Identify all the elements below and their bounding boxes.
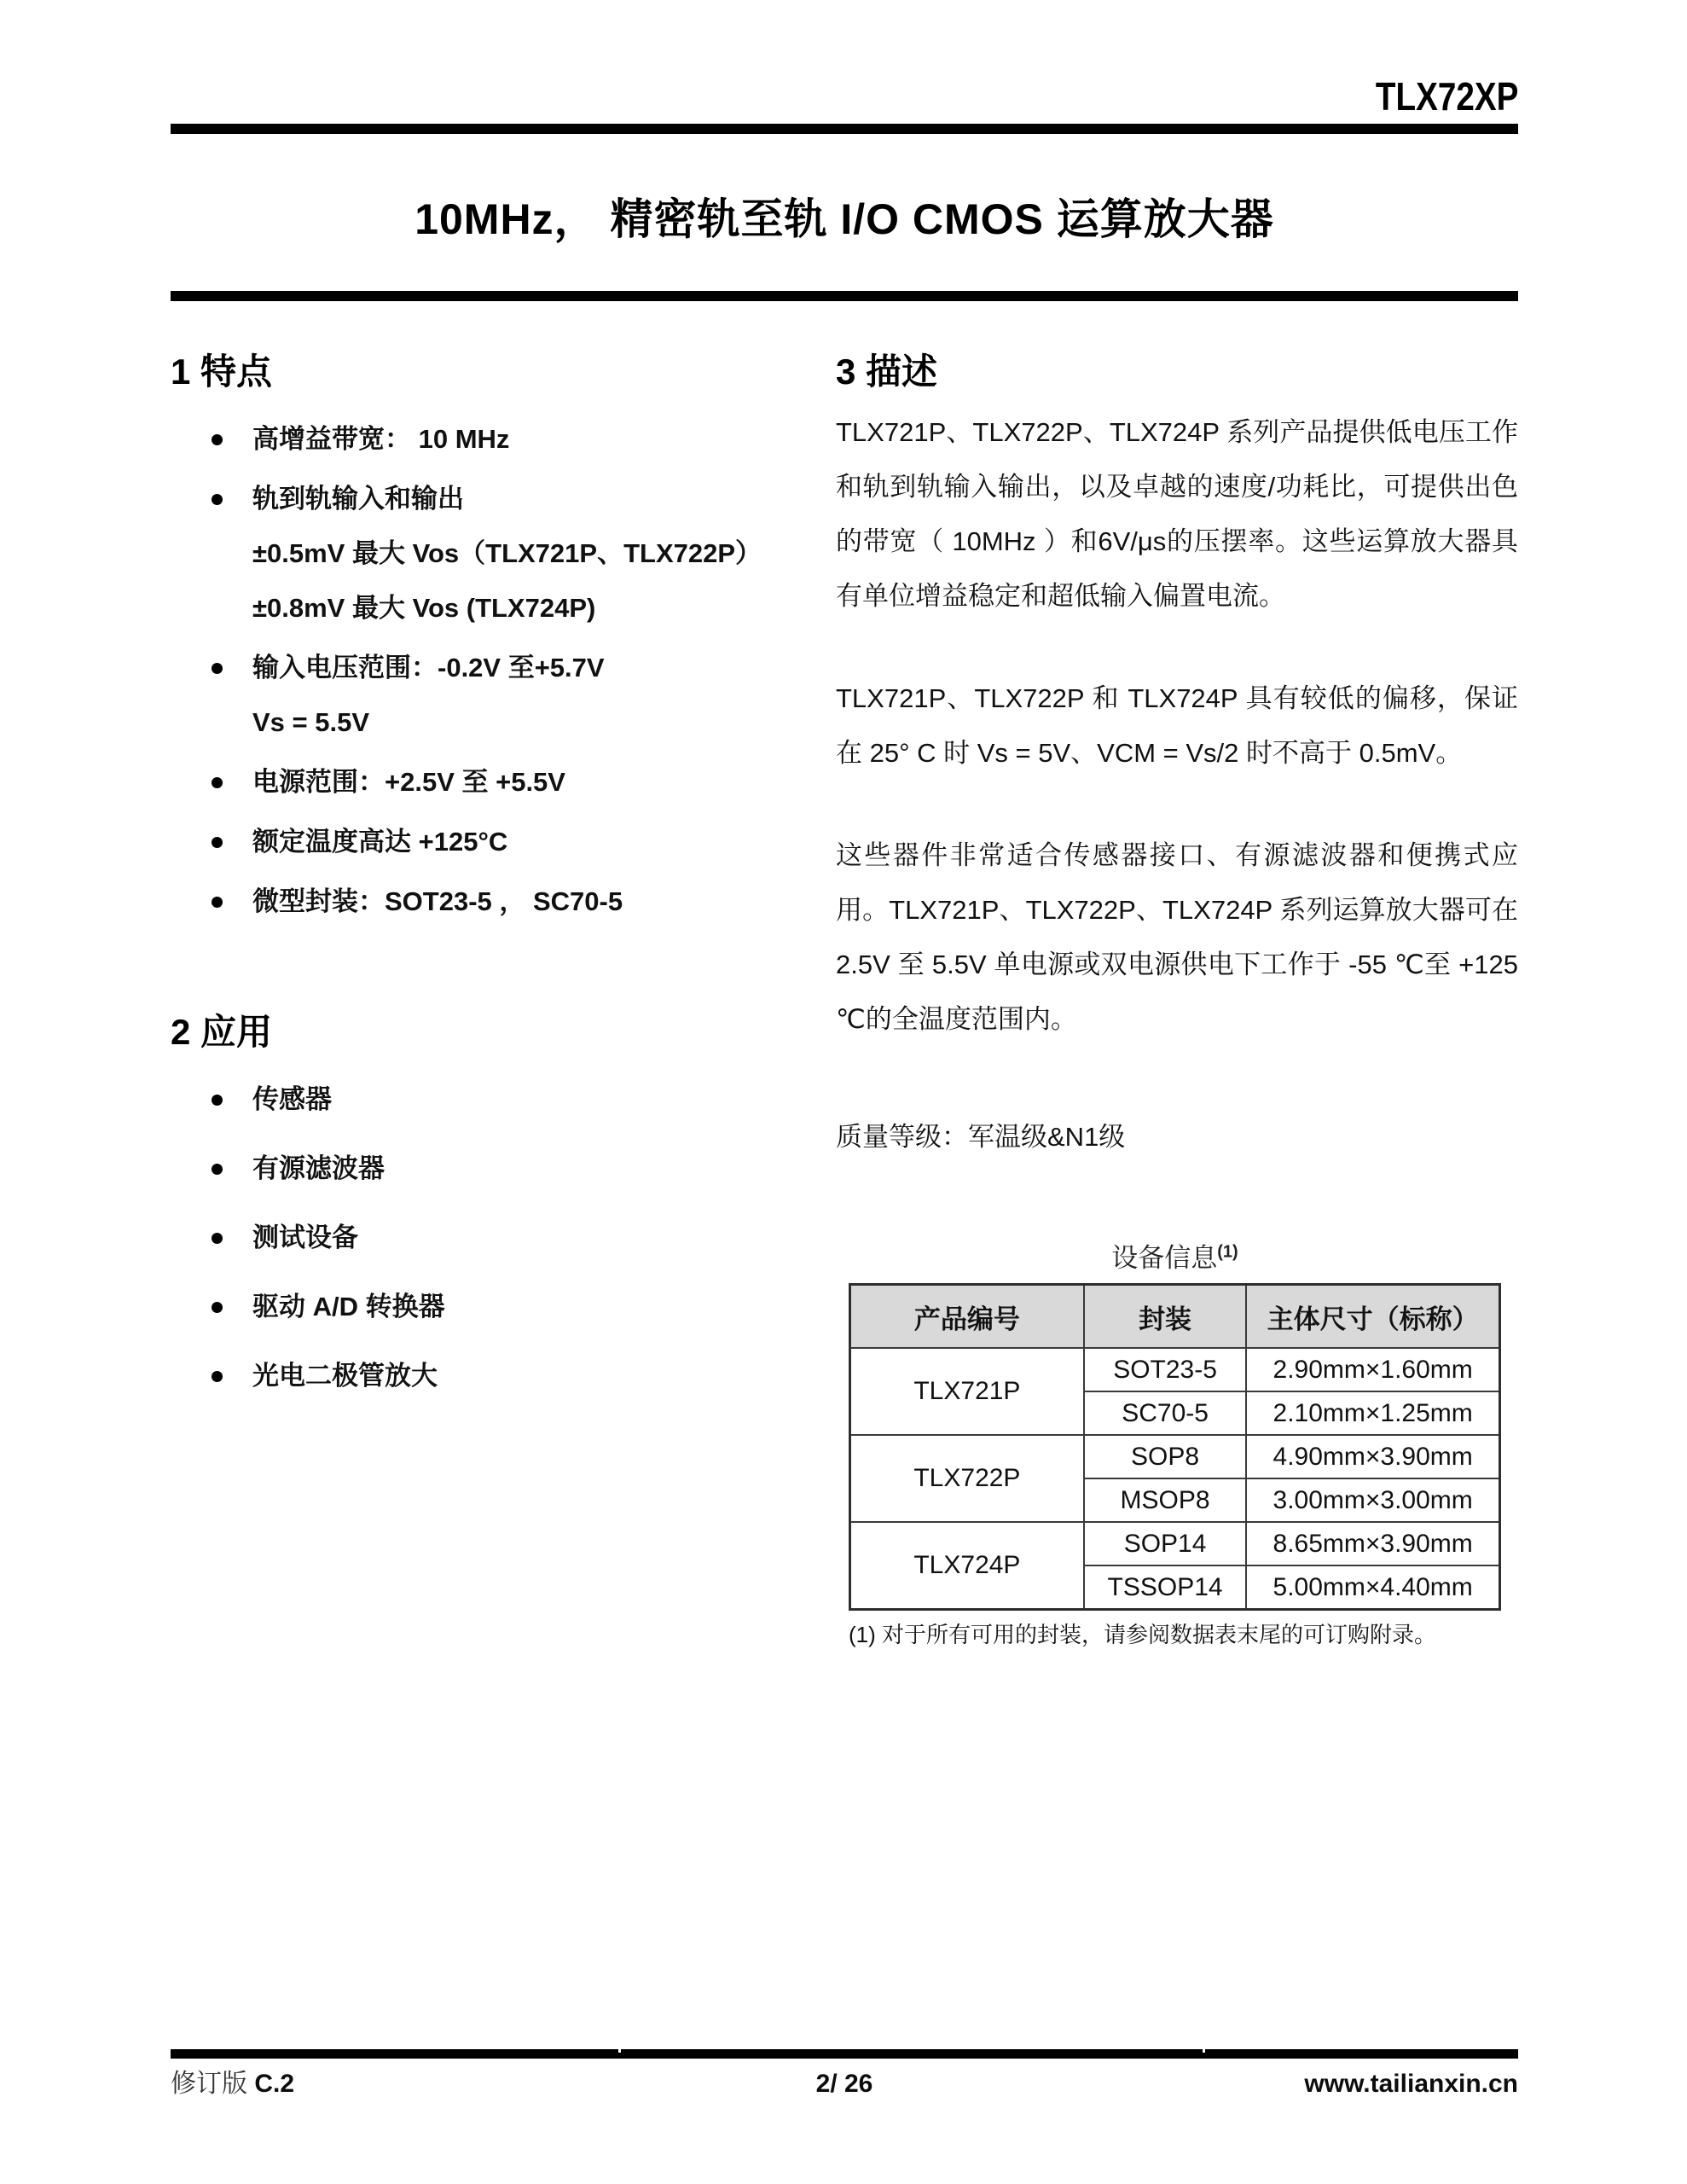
footer-revision: 修订版 C.2 bbox=[171, 2062, 620, 2100]
bullet-icon bbox=[212, 777, 223, 788]
document-footer: 修订版 C.2 2/ 26 www.tailianxin.cn bbox=[171, 2049, 1518, 2100]
table-row: TLX724P SOP14 8.65mm×3.90mm bbox=[850, 1522, 1500, 1565]
application-item: 传感器 bbox=[171, 1072, 819, 1127]
package-cell: TSSOP14 bbox=[1084, 1565, 1247, 1610]
feature-line: ±0.5mV 最大 Vos（TLX721P、TLX722P） bbox=[252, 526, 819, 581]
table-row: TLX722P SOP8 4.90mm×3.90mm bbox=[850, 1435, 1500, 1478]
feature-item: 输入电压范围：-0.2V 至+5.7V Vs = 5.5V bbox=[171, 641, 819, 750]
feature-line: 轨到轨输入和输出 bbox=[252, 472, 819, 526]
feature-item: 额定温度高达 +125°C bbox=[171, 815, 819, 869]
applications-list: 传感器 有源滤波器 测试设备 驱动 A/D 转换器 bbox=[171, 1072, 819, 1403]
table-header-row: 产品编号 封装 主体尺寸（标称） bbox=[850, 1285, 1500, 1349]
application-item: 测试设备 bbox=[171, 1211, 819, 1265]
package-cell: SOP14 bbox=[1084, 1522, 1247, 1565]
bullet-icon bbox=[212, 837, 223, 848]
application-item: 有源滤波器 bbox=[171, 1141, 819, 1196]
size-cell: 2.10mm×1.25mm bbox=[1246, 1391, 1499, 1435]
feature-line: 输入电压范围：-0.2V 至+5.7V bbox=[252, 641, 819, 695]
applications-heading: 2 应用 bbox=[171, 1004, 819, 1055]
feature-line: ±0.8mV 最大 Vos (TLX724P) bbox=[252, 581, 819, 636]
size-cell: 3.00mm×3.00mm bbox=[1246, 1478, 1499, 1522]
feature-line: 微型封装：SOT23-5 ， SC70-5 bbox=[252, 874, 819, 929]
description-paragraph: TLX721P、TLX722P 和 TLX724P 具有较低的偏移，保证在 25… bbox=[836, 671, 1518, 781]
footer-website: www.tailianxin.cn bbox=[1069, 2070, 1518, 2099]
bullet-icon bbox=[212, 897, 223, 908]
package-cell: SC70-5 bbox=[1084, 1391, 1247, 1435]
bullet-icon bbox=[212, 1233, 223, 1244]
bullet-icon bbox=[212, 663, 223, 674]
device-info-section: 设备信息(1) 产品编号 封装 主体尺寸（标称） bbox=[836, 1236, 1518, 1649]
left-column: 1 特点 高增益带宽： 10 MHz 轨到轨输入和输出 ±0.5mV 最大 Vo… bbox=[171, 301, 819, 1418]
application-label: 有源滤波器 bbox=[252, 1141, 819, 1196]
right-column: 3 描述 TLX721P、TLX722P、TLX724P 系列产品提供低电压工作… bbox=[836, 301, 1518, 1649]
bullet-icon bbox=[212, 1164, 223, 1175]
package-cell: SOT23-5 bbox=[1084, 1348, 1247, 1391]
bullet-icon bbox=[212, 434, 223, 445]
feature-line: 额定温度高达 +125°C bbox=[252, 815, 819, 869]
device-info-table: 产品编号 封装 主体尺寸（标称） TLX721P SOT23-5 2.90mm×… bbox=[849, 1283, 1501, 1611]
feature-item: 高增益带宽： 10 MHz bbox=[171, 412, 819, 467]
column-header-product: 产品编号 bbox=[850, 1285, 1084, 1349]
size-cell: 2.90mm×1.60mm bbox=[1246, 1348, 1499, 1391]
datasheet-page: TLX72XP 10MHz， 精密轨至轨 I/O CMOS 运算放大器 1 特点… bbox=[0, 0, 1687, 2184]
application-label: 传感器 bbox=[252, 1072, 819, 1127]
package-cell: MSOP8 bbox=[1084, 1478, 1247, 1522]
product-cell: TLX722P bbox=[850, 1435, 1084, 1522]
footer-rule bbox=[171, 2049, 1518, 2059]
page-title: 10MHz， 精密轨至轨 I/O CMOS 运算放大器 bbox=[171, 185, 1518, 247]
description-paragraph: 这些器件非常适合传感器接口、有源滤波器和便携式应用。TLX721P、TLX722… bbox=[836, 828, 1518, 1047]
footer-revision-code: C.2 bbox=[254, 2070, 294, 2098]
size-cell: 5.00mm×4.40mm bbox=[1246, 1565, 1499, 1610]
bullet-icon bbox=[212, 1095, 223, 1106]
feature-item: 轨到轨输入和输出 ±0.5mV 最大 Vos（TLX721P、TLX722P） … bbox=[171, 472, 819, 636]
application-label: 光电二极管放大 bbox=[252, 1349, 819, 1403]
footer-page-number: 2/ 26 bbox=[620, 2070, 1070, 2099]
size-cell: 4.90mm×3.90mm bbox=[1246, 1435, 1499, 1478]
page-content: TLX72XP 10MHz， 精密轨至轨 I/O CMOS 运算放大器 1 特点… bbox=[171, 0, 1518, 1649]
column-header-package: 封装 bbox=[1084, 1285, 1247, 1349]
device-info-superscript: (1) bbox=[1217, 1243, 1238, 1262]
feature-line: 高增益带宽： 10 MHz bbox=[252, 412, 819, 467]
bullet-icon bbox=[212, 1302, 223, 1313]
header-rule bbox=[171, 124, 1518, 134]
device-info-title-text: 设备信息 bbox=[1111, 1243, 1217, 1273]
document-header: TLX72XP bbox=[171, 0, 1518, 119]
product-cell: TLX724P bbox=[850, 1522, 1084, 1610]
device-info-title: 设备信息(1) bbox=[849, 1236, 1501, 1275]
bullet-icon bbox=[212, 1371, 223, 1382]
size-cell: 8.65mm×3.90mm bbox=[1246, 1522, 1499, 1565]
device-info-footnote: (1) 对于所有可用的封装，请参阅数据表末尾的可订购附录。 bbox=[849, 1618, 1518, 1649]
description-paragraph: TLX721P、TLX722P、TLX724P 系列产品提供低电压工作和轨到轨输… bbox=[836, 405, 1518, 624]
footer-row: 修订版 C.2 2/ 26 www.tailianxin.cn bbox=[171, 2062, 1518, 2100]
column-header-size: 主体尺寸（标称） bbox=[1246, 1285, 1499, 1349]
package-cell: SOP8 bbox=[1084, 1435, 1247, 1478]
feature-line: 电源范围：+2.5V 至 +5.5V bbox=[252, 755, 819, 810]
table-row: TLX721P SOT23-5 2.90mm×1.60mm bbox=[850, 1348, 1500, 1391]
application-item: 光电二极管放大 bbox=[171, 1349, 819, 1403]
application-label: 测试设备 bbox=[252, 1211, 819, 1265]
features-list: 高增益带宽： 10 MHz 轨到轨输入和输出 ±0.5mV 最大 Vos（TLX… bbox=[171, 412, 819, 929]
body-columns: 1 特点 高增益带宽： 10 MHz 轨到轨输入和输出 ±0.5mV 最大 Vo… bbox=[171, 301, 1518, 1649]
part-number: TLX72XP bbox=[1375, 73, 1518, 119]
description-heading: 3 描述 bbox=[836, 344, 1518, 395]
features-heading: 1 特点 bbox=[171, 344, 819, 395]
application-item: 驱动 A/D 转换器 bbox=[171, 1280, 819, 1334]
bullet-icon bbox=[212, 494, 223, 505]
application-label: 驱动 A/D 转换器 bbox=[252, 1280, 819, 1334]
product-cell: TLX721P bbox=[850, 1348, 1084, 1435]
feature-item: 电源范围：+2.5V 至 +5.5V bbox=[171, 755, 819, 810]
footer-rule-gap bbox=[618, 2049, 621, 2053]
quality-grade: 质量等级：军温级&N1级 bbox=[836, 1110, 1518, 1165]
title-rule bbox=[171, 291, 1518, 301]
footer-revision-label: 修订版 bbox=[171, 2070, 247, 2098]
feature-item: 微型封装：SOT23-5 ， SC70-5 bbox=[171, 874, 819, 929]
feature-line: Vs = 5.5V bbox=[252, 695, 819, 750]
footer-rule-gap bbox=[1203, 2049, 1205, 2053]
